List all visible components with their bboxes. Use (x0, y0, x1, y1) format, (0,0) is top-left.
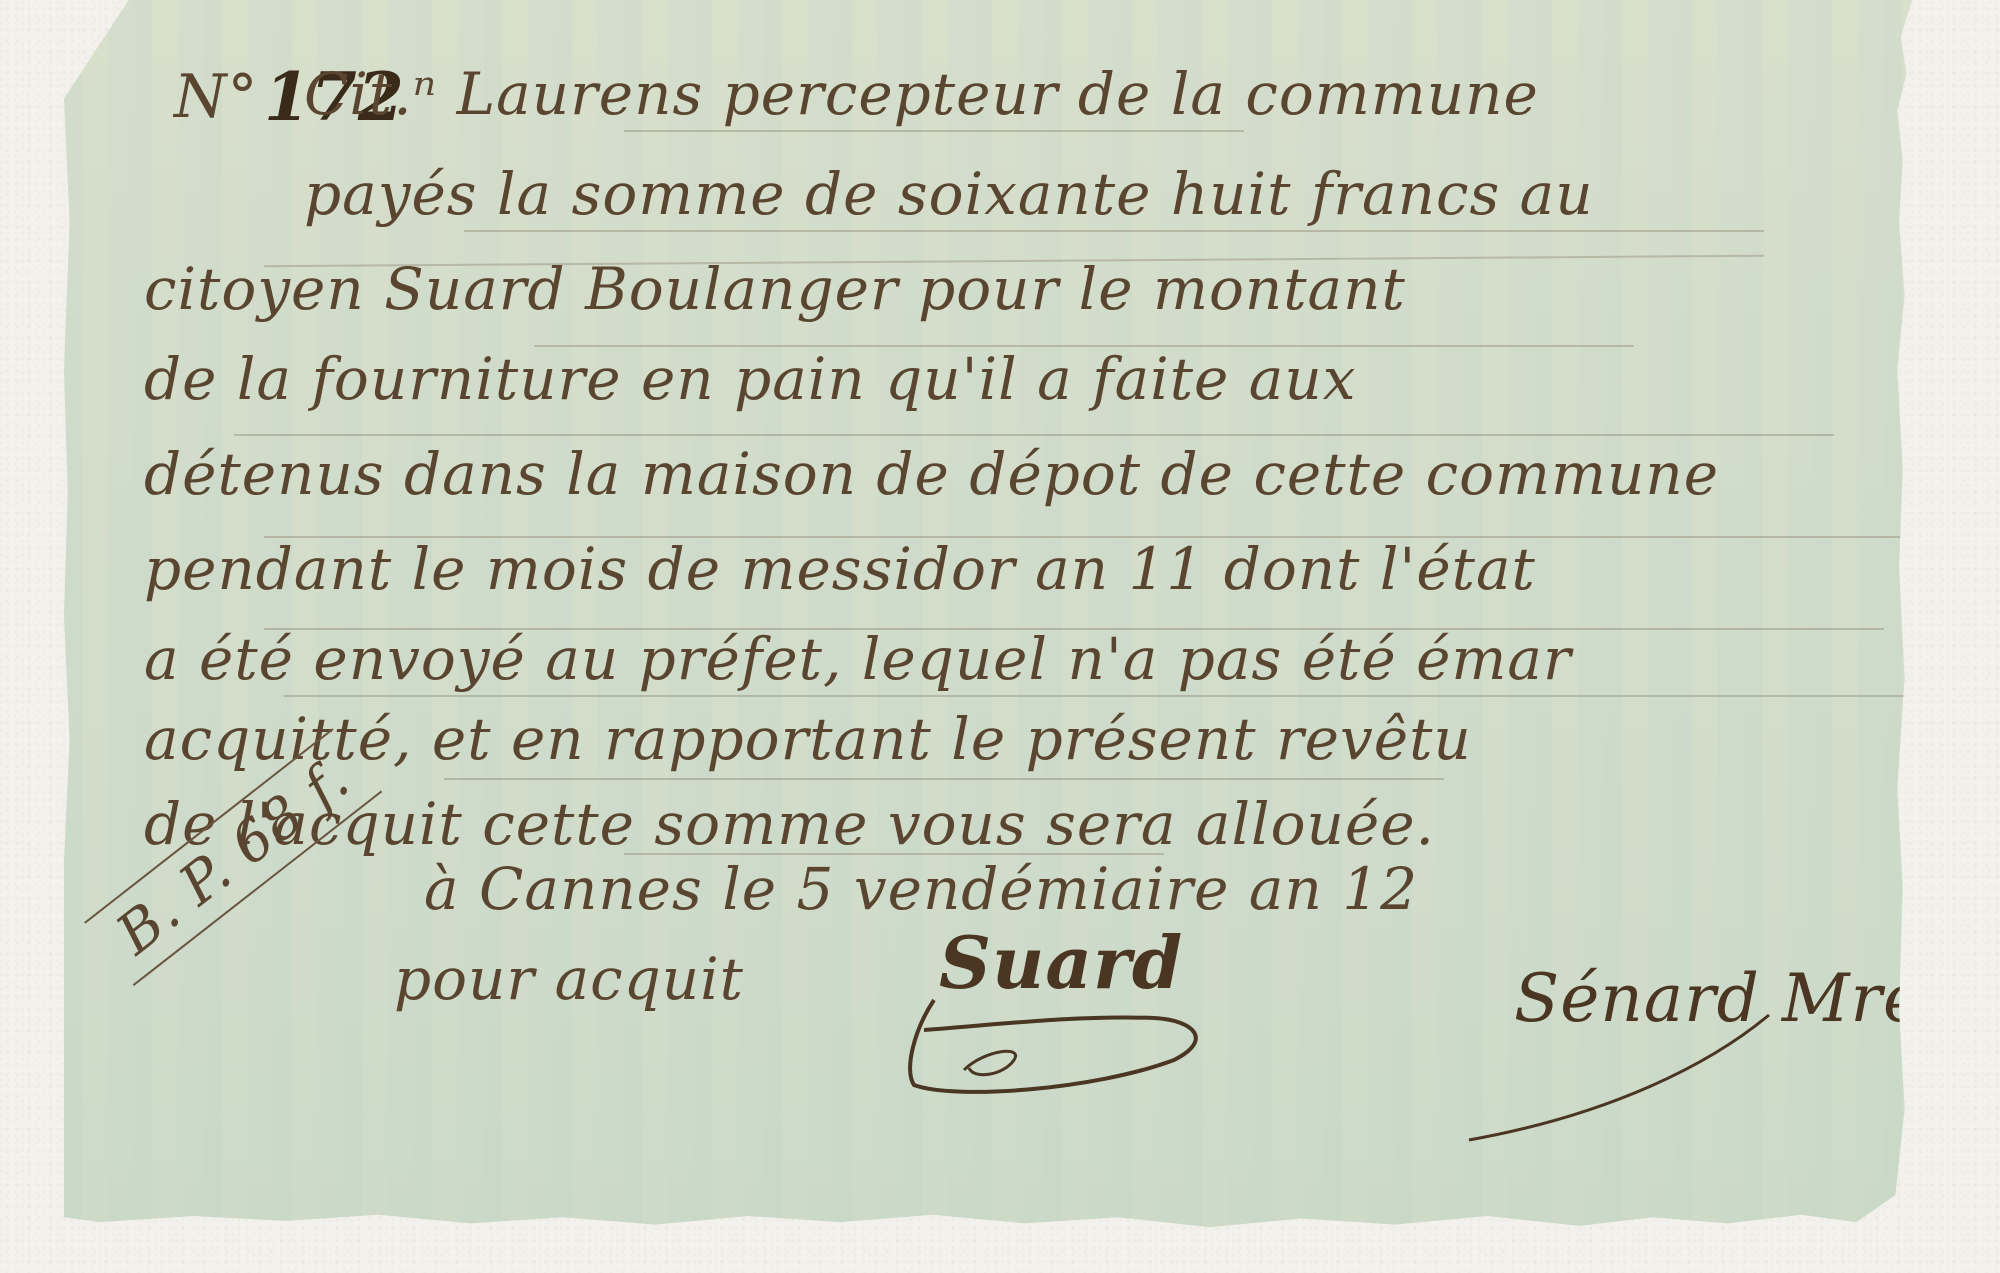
body-line-7: a été envoyé au préfet, lequel n'a pas é… (144, 625, 1572, 693)
number-label: N° (174, 62, 259, 132)
signature-underline (1459, 1005, 1779, 1145)
receipt-label: pour acquit (394, 945, 744, 1013)
body-line-5: détenus dans la maison de dépot de cette… (144, 440, 1719, 508)
body-line-6: pendant le mois de messidor an 11 dont l… (144, 535, 1536, 603)
body-line-4: de la fourniture en pain qu'il a faite a… (144, 345, 1356, 413)
body-line-1: Cit.ⁿ Laurens percepteur de la commune (304, 60, 1539, 128)
body-line-2: payés la somme de soixante huit francs a… (304, 160, 1594, 228)
ruling-line (444, 778, 1444, 780)
ruling-line (464, 230, 1764, 232)
body-line-3: citoyen Suard Boulanger pour le montant (144, 255, 1406, 323)
document-sheet: N° 172 Cit.ⁿ Laurens percepteur de la co… (64, 0, 1912, 1232)
ruling-line (234, 434, 1834, 436)
place-date: à Cannes le 5 vendémiaire an 12 (424, 855, 1418, 923)
signature-flourish (894, 990, 1234, 1100)
ruling-line (624, 130, 1244, 132)
ruling-line (284, 695, 1934, 697)
